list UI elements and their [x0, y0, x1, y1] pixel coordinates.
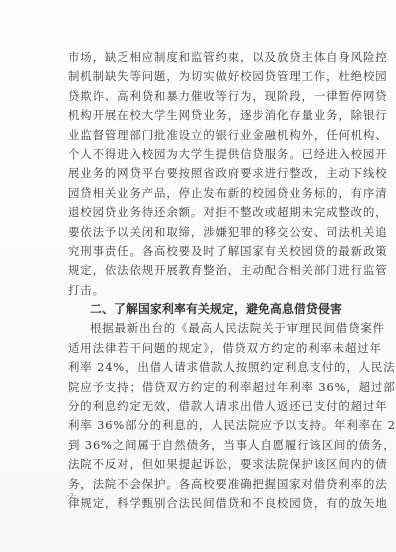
paragraph-line: 园贷相关业务产品，停止发布新的校园贷业务标的，有序清	[68, 184, 332, 203]
paragraph-line: 利率 36%部分的利息的，人民法院应予以支持。年利率在 24%	[68, 416, 332, 435]
paragraph-line: 退校园贷业务待还余额。对拒不整改或超期未完成整改的，	[68, 203, 332, 222]
paragraph-line: 分的利息约定无效，借款人请求出借人返还已支付的超过年	[68, 397, 332, 416]
paragraph-line: 律规定，科学甄别合法民间借贷和不良校园贷，有的放矢地	[68, 494, 332, 513]
paragraph-line: 要依法予以关闭和取缔，涉嫌犯罪的移交公安、司法机关追	[68, 223, 332, 242]
paragraph-line: 法院不反对，但如果提起诉讼，要求法院保护该区间内的债	[68, 455, 332, 474]
paragraph-line: 规定，依法依规开展教育整治，主动配合相关部门进行监管	[68, 261, 332, 280]
paragraph-line: 适用法律若干问题的规定》，借贷双方约定的利率未超过年	[68, 339, 332, 358]
document-page: 市场，缺乏相应制度和监管约束，以及放贷主体自身风险控 制机制缺失等问题，为切实做…	[0, 0, 396, 552]
paragraph-line: 展业务的网贷平台要按照省政府要求进行整改，主动下线校	[68, 164, 332, 183]
paragraph-line: 根据最新出台的《最高人民法院关于审理民间借贷案件	[68, 319, 332, 338]
document-body: 市场，缺乏相应制度和监管约束，以及放贷主体自身风险控 制机制缺失等问题，为切实做…	[68, 48, 332, 513]
page-number: -2-	[67, 492, 77, 500]
paragraph-line: 贷欺诈、高利贷和暴力催收等行为，现阶段，一律暂停网贷	[68, 87, 332, 106]
paragraph-line: 制机制缺失等问题，为切实做好校园贷管理工作，杜绝校园	[68, 67, 332, 86]
paragraph-line: 究刑事责任。各高校要及时了解国家有关校园贷的最新政策	[68, 242, 332, 261]
paragraph-line: 个人不得进入校园为大学生提供信贷服务。已经进入校园开	[68, 145, 332, 164]
paragraph-line: 利率 24%，出借人请求借款人按照约定利息支付的，人民法	[68, 358, 332, 377]
paragraph-line: 机构开展在校大学生网贷业务，逐步消化存量业务，除银行	[68, 106, 332, 125]
paragraph-line: 业监督管理部门批准设立的银行业金融机构外，任何机构、	[68, 126, 332, 145]
paragraph-line: 院应予支持；借贷双方约定的利率超过年利率 36%，超过部	[68, 378, 332, 397]
paragraph-line: 市场，缺乏相应制度和监管约束，以及放贷主体自身风险控	[68, 48, 332, 67]
section-heading: 二、了解国家利率有关规定，避免高息借贷侵害	[68, 300, 332, 319]
paragraph-line: 打击。	[68, 281, 332, 300]
paragraph-line: 务，法院不会保护。各高校要准确把握国家对借贷利率的法	[68, 475, 332, 494]
paragraph-line: 到 36%之间属于自然债务，当事人自愿履行该区间的债务，	[68, 436, 332, 455]
